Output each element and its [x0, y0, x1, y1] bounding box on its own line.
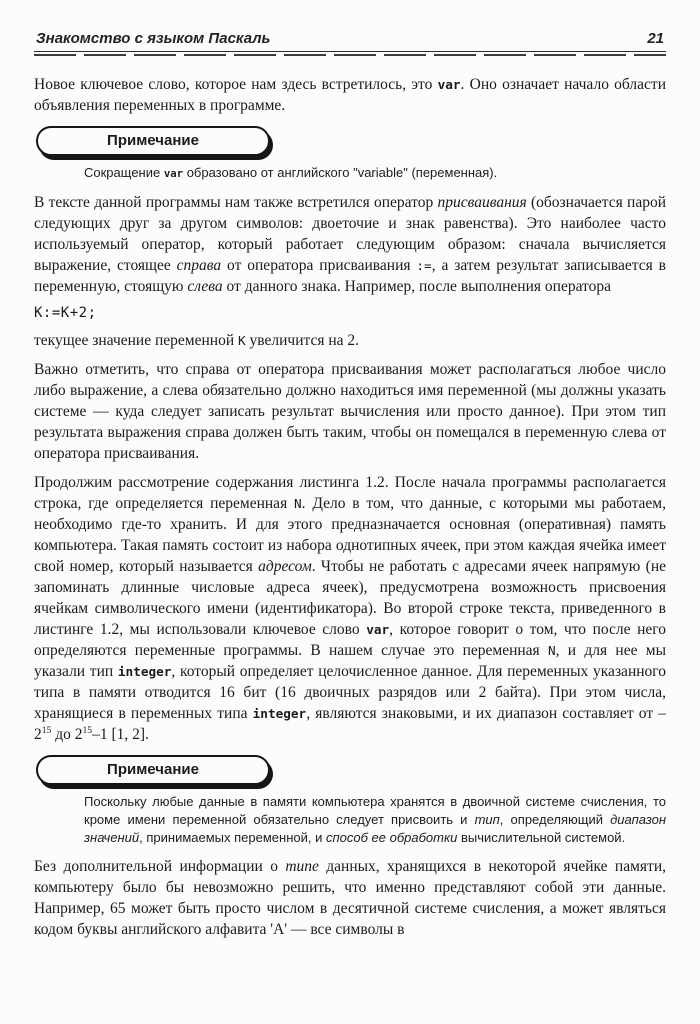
- note-2-box: Примечание: [36, 755, 270, 785]
- header-rule-top: [34, 51, 666, 52]
- paragraph-code-result: текущее значение переменной K увеличится…: [34, 330, 666, 351]
- page-number: 21: [647, 30, 664, 47]
- paragraph-listing-memory: Продолжим рассмотрение содержания листин…: [34, 472, 666, 745]
- paragraph-important-note: Важно отметить, что справа от оператора …: [34, 359, 666, 464]
- note-1-label: Примечание: [107, 132, 199, 149]
- note-1-box: Примечание: [36, 126, 270, 156]
- running-title: Знакомство с языком Паскаль: [36, 30, 270, 47]
- page-header: Знакомство с языком Паскаль 21: [34, 30, 666, 51]
- note-1-text: Сокращение var образовано от английского…: [84, 164, 666, 183]
- book-page: Знакомство с языком Паскаль 21 Новое клю…: [0, 0, 700, 940]
- header-rule-bottom: [34, 54, 666, 56]
- note-2: Примечание Поскольку любые данные в памя…: [34, 755, 666, 847]
- note-1: Примечание Сокращение var образовано от …: [34, 126, 666, 183]
- code-line: K:=K+2;: [34, 305, 666, 321]
- paragraph-type-info: Без дополнительной информации о типе дан…: [34, 856, 666, 940]
- note-2-text: Поскольку любые данные в памяти компьюте…: [84, 793, 666, 847]
- note-2-label: Примечание: [107, 761, 199, 778]
- paragraph-assignment-operator: В тексте данной программы нам также встр…: [34, 192, 666, 297]
- paragraph-var-keyword: Новое ключевое слово, которое нам здесь …: [34, 74, 666, 116]
